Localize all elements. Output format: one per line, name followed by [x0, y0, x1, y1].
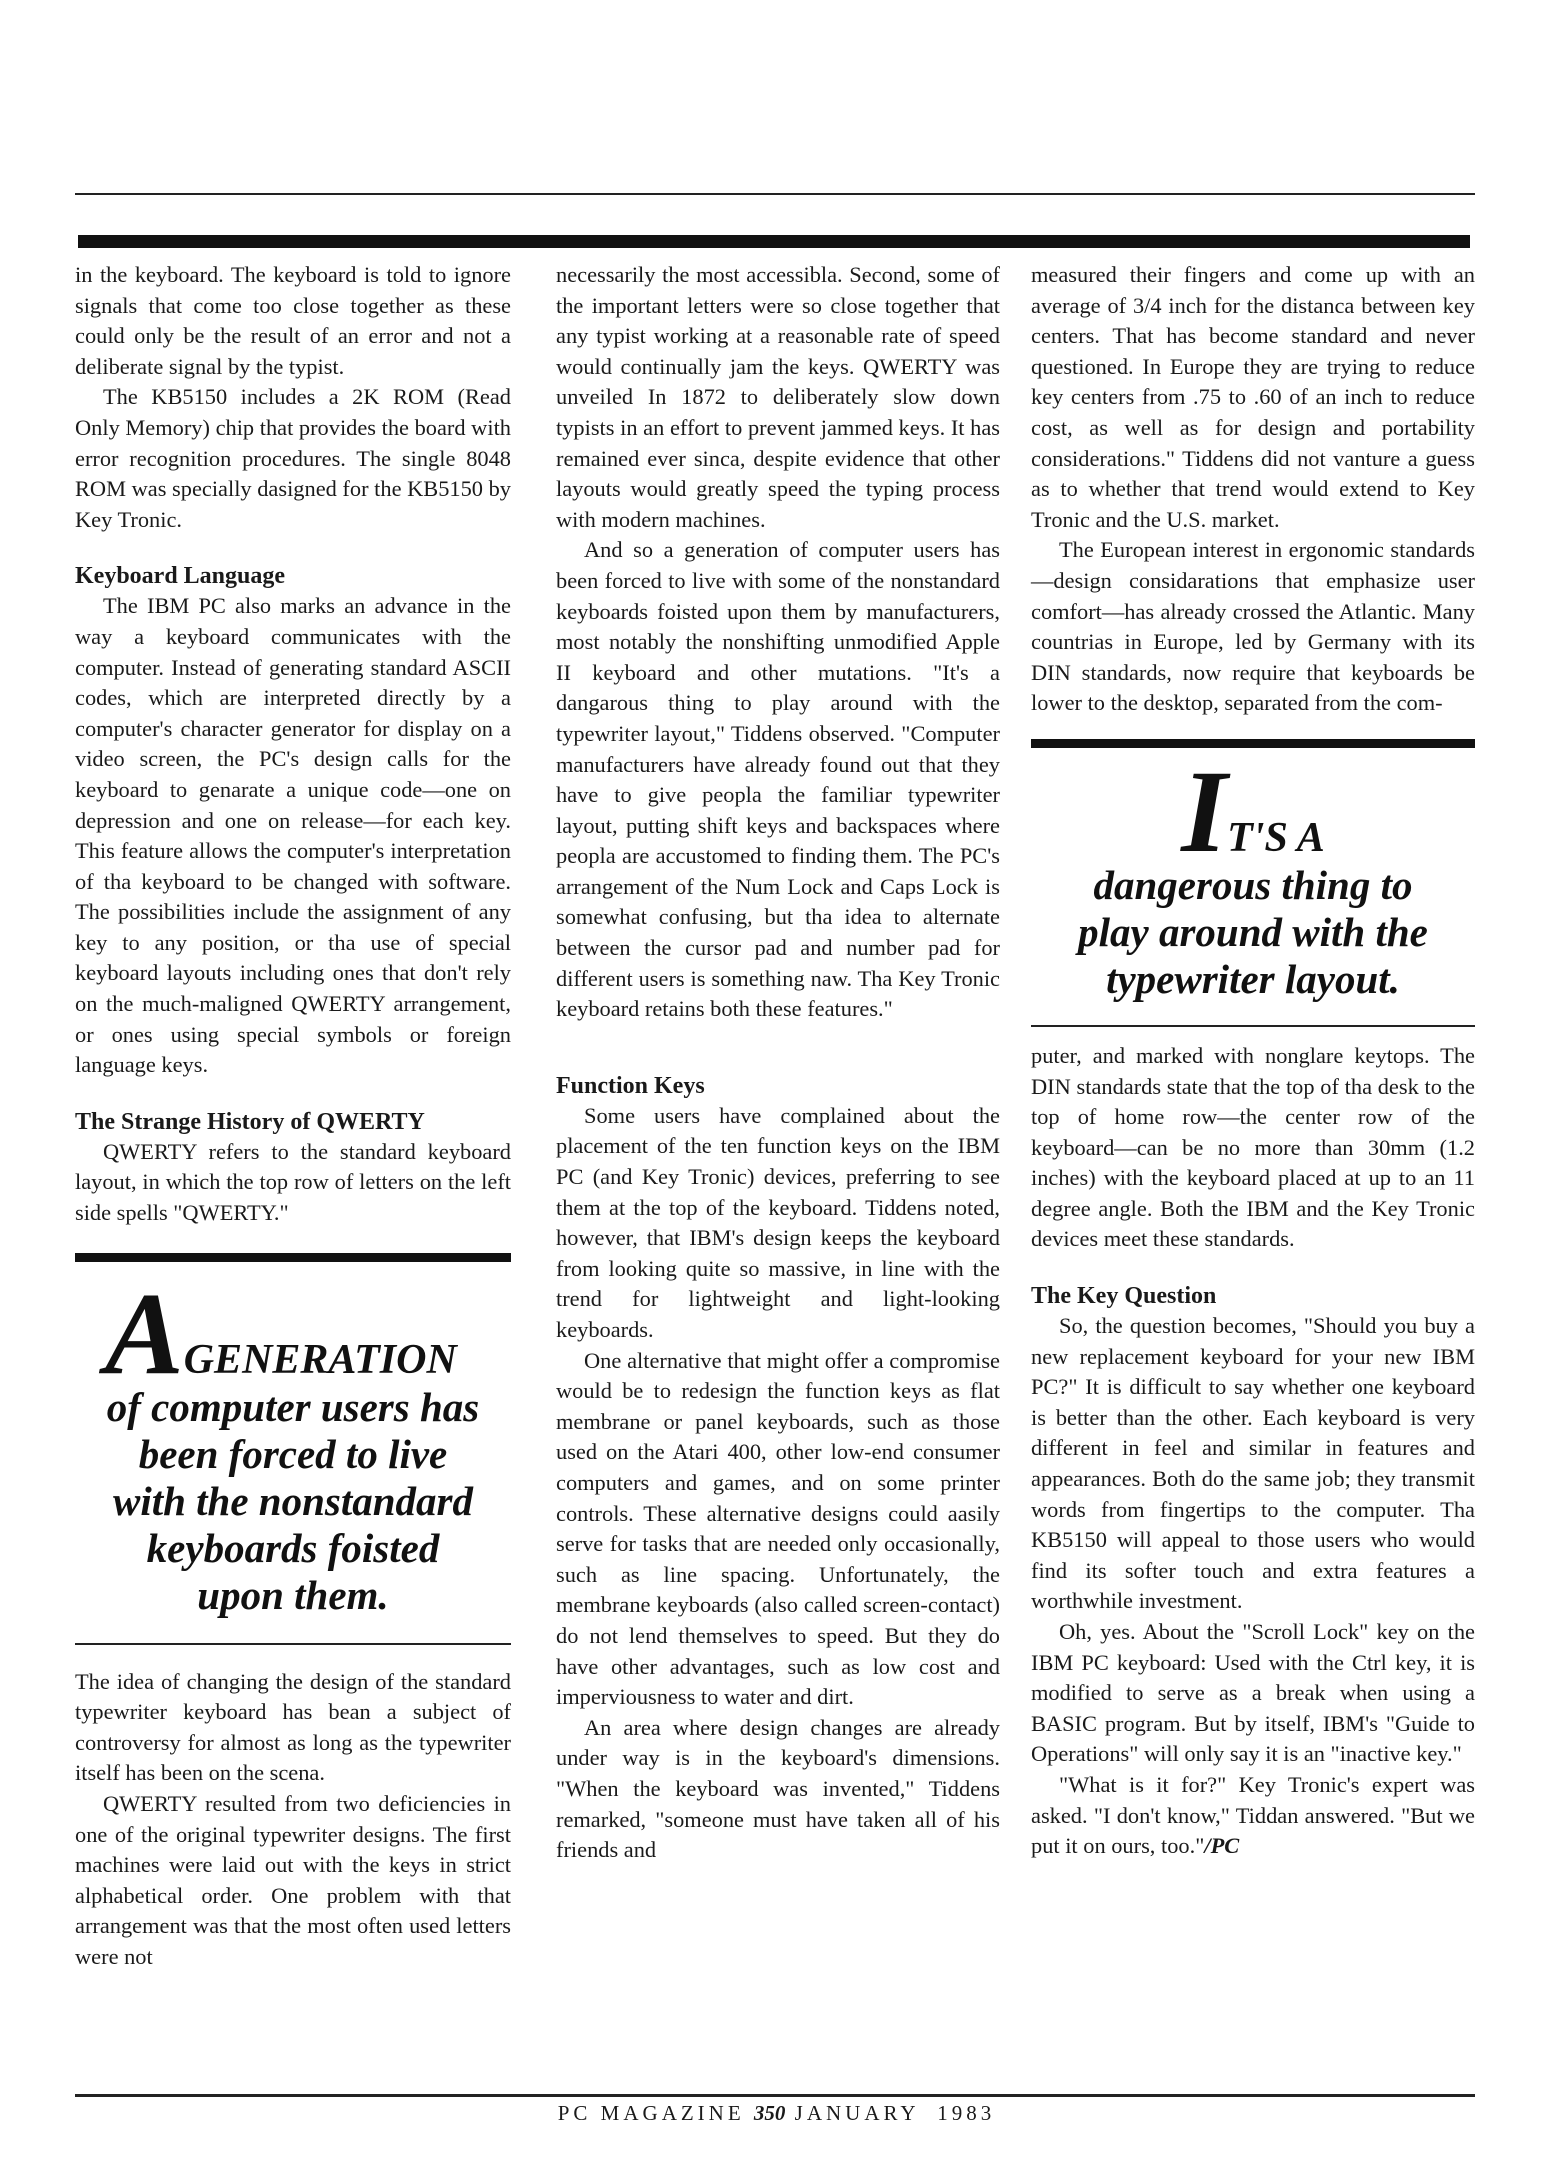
col3-paragraph-3: puter, and marked with nonglare keytops.… [1031, 1041, 1475, 1255]
col3-paragraph-6-text: "What is it for?" Key Tronic's expert wa… [1031, 1772, 1475, 1858]
page-footer: PC MAGAZINE 350 JANUARY 1983 [0, 2101, 1553, 2126]
pullquote-2-top-rule [1031, 739, 1475, 748]
col3-paragraph-2: The European interest in ergonomic stand… [1031, 535, 1475, 719]
col1-paragraph-1: in the keyboard. The keyboard is told to… [75, 260, 511, 382]
pullquote-2-line: dangerous thing to [1031, 862, 1475, 909]
col3-paragraph-5: Oh, yes. About the "Scroll Lock" key on … [1031, 1617, 1475, 1770]
col1-paragraph-2: The KB5150 includes a 2K ROM (Read Only … [75, 382, 511, 535]
col1-paragraph-4: QWERTY refers to the standard keyboard l… [75, 1137, 511, 1229]
heading-key-question: The Key Question [1031, 1281, 1475, 1311]
top-thick-rule [78, 235, 1470, 248]
col1-paragraph-6: QWERTY resulted from two deficiencies in… [75, 1789, 511, 1973]
col3-paragraph-1: measured their fingers and come up with … [1031, 260, 1475, 535]
heading-strange-history: The Strange History of QWERTY [75, 1107, 511, 1137]
column-3: measured their fingers and come up with … [1031, 260, 1475, 1862]
column-2: necessarily the most accessibla. Second,… [556, 260, 1000, 1866]
footer-magazine: PC MAGAZINE [558, 2101, 745, 2125]
col2-paragraph-4: One alternative that might offer a compr… [556, 1346, 1000, 1713]
col2-paragraph-2: And so a generation of computer users ha… [556, 535, 1000, 1025]
col1-paragraph-3: The IBM PC also marks an advance in the … [75, 591, 511, 1081]
col2-paragraph-1: necessarily the most accessibla. Second,… [556, 260, 1000, 535]
pullquote-1-line: keyboards foisted [75, 1525, 511, 1572]
col3-paragraph-4: So, the question becomes, "Should you bu… [1031, 1311, 1475, 1617]
pullquote-2-first: T'S A [1227, 815, 1325, 861]
pc-signoff: /PC [1204, 1833, 1239, 1858]
footer-date: JANUARY 1983 [795, 2101, 996, 2125]
footer-rule [75, 2094, 1475, 2097]
pullquote-2-dropcap: I [1181, 746, 1227, 877]
pullquote-1-line: upon them. [75, 1572, 511, 1619]
pullquote-2-line: typewriter layout. [1031, 956, 1475, 1003]
pullquote-1-line: been forced to live [75, 1431, 511, 1478]
pullquote-1-first: GENERATION [184, 1337, 457, 1383]
page-number: 350 [754, 2101, 786, 2125]
pullquote-1: AGENERATION of computer users has been f… [75, 1284, 511, 1619]
column-1: in the keyboard. The keyboard is told to… [75, 260, 511, 1973]
pullquote-2-bottom-rule [1031, 1025, 1475, 1027]
pullquote-2: IT'S A dangerous thing to play around wi… [1031, 762, 1475, 1003]
pullquote-1-dropcap: A [105, 1268, 184, 1399]
heading-function-keys: Function Keys [556, 1071, 1000, 1101]
pullquote-1-line: with the nonstandard [75, 1478, 511, 1525]
pullquote-1-line: of computer users has [75, 1384, 511, 1431]
heading-keyboard-language: Keyboard Language [75, 561, 511, 591]
col2-paragraph-3: Some users have complained about the pla… [556, 1101, 1000, 1346]
col3-paragraph-6: "What is it for?" Key Tronic's expert wa… [1031, 1770, 1475, 1862]
pullquote-2-line: play around with the [1031, 909, 1475, 956]
pullquote-1-bottom-rule [75, 1643, 511, 1645]
col1-paragraph-5: The idea of changing the design of the s… [75, 1667, 511, 1789]
col2-paragraph-5: An area where design changes are already… [556, 1713, 1000, 1866]
top-thin-rule [75, 193, 1475, 195]
pullquote-1-top-rule [75, 1253, 511, 1262]
